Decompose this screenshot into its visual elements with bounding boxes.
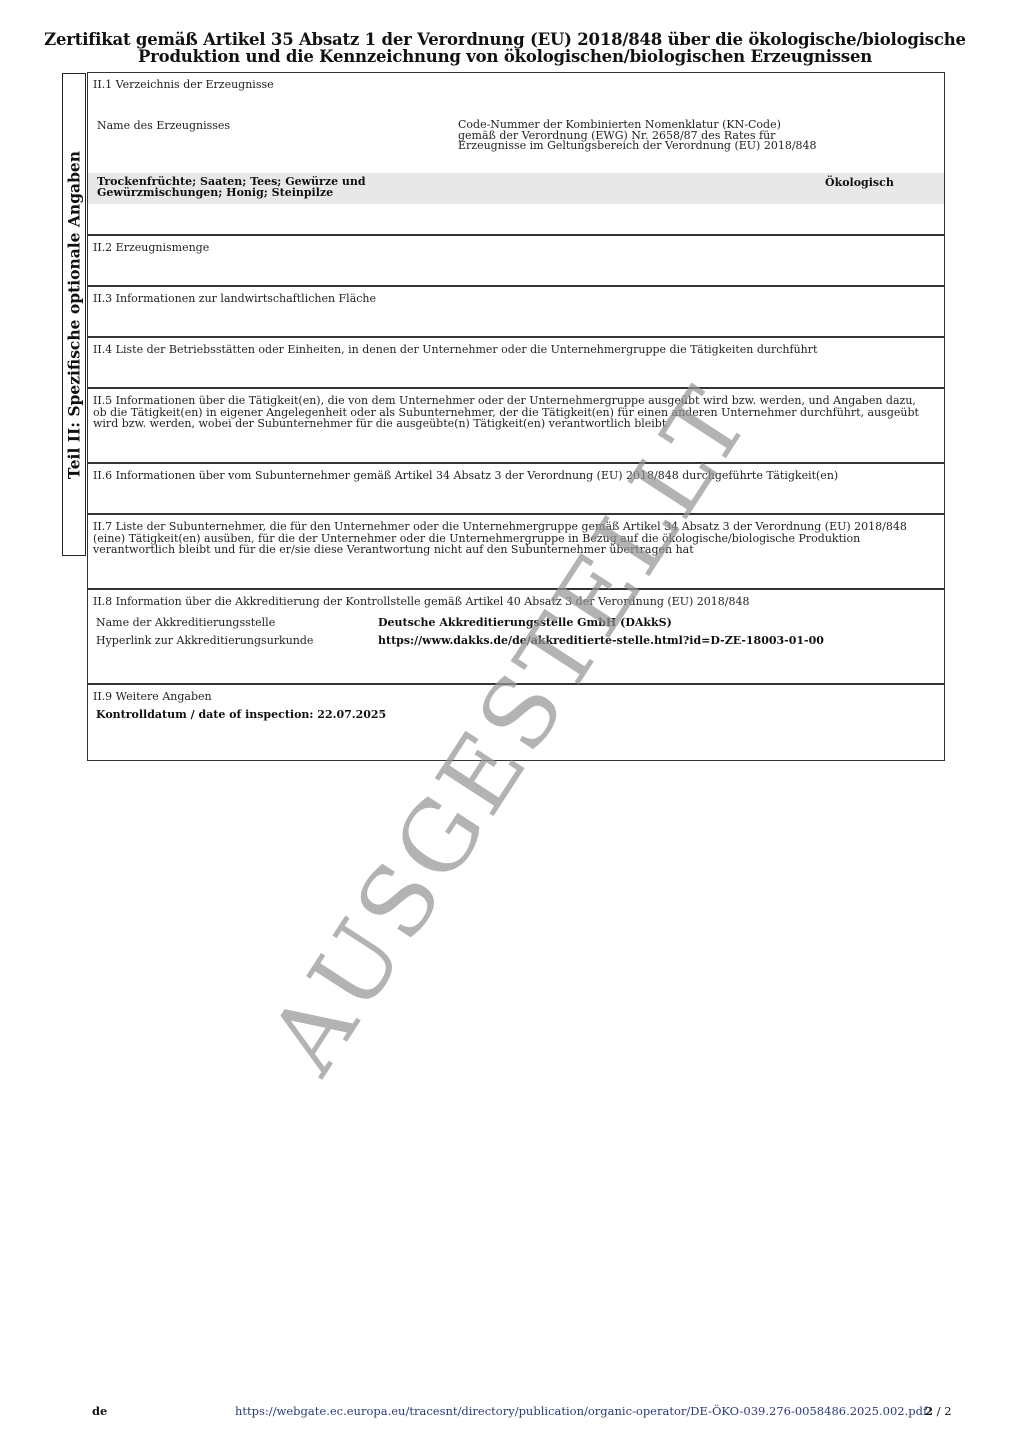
footer-page-number: 2 / 2 (925, 1404, 952, 1418)
section-agricultural-area: II.3 Informationen zur landwirtschaftlic… (88, 287, 944, 338)
section-premises-list: II.4 Liste der Betriebsstätten oder Einh… (88, 338, 944, 389)
accreditation-link-row: Hyperlink zur Akkreditierungsurkundehttp… (96, 635, 824, 647)
footer-document-url[interactable]: https://webgate.ec.europa.eu/tracesnt/di… (235, 1404, 927, 1418)
product-name: Trockenfrüchte; Saaten; Tees; Gewürze un… (97, 177, 366, 198)
section-subcontractor-list: II.7 Liste der Subunternehmer, die für d… (88, 515, 944, 590)
section-heading: II.1 Verzeichnis der Erzeugnisse (88, 73, 944, 91)
section-product-quantity: II.2 Erzeugnismenge (88, 236, 944, 287)
accreditation-link-label: Hyperlink zur Akkreditierungsurkunde (96, 635, 378, 647)
part-side-label: Teil II: Spezifische optionale Angaben (62, 73, 86, 556)
section-activities: II.5 Informationen über die Tätigkeit(en… (88, 389, 944, 464)
accreditation-body-row: Name der AkkreditierungsstelleDeutsche A… (96, 617, 672, 629)
footer-language: de (92, 1404, 107, 1418)
title-line-2: Produktion und die Kennzeichnung von öko… (40, 48, 970, 65)
section-heading: II.3 Informationen zur landwirtschaftlic… (88, 287, 944, 305)
section-heading: II.8 Information über die Akkreditierung… (88, 590, 944, 608)
section-heading: II.4 Liste der Betriebsstätten oder Einh… (88, 338, 944, 356)
section-heading: II.6 Informationen über vom Subunternehm… (88, 464, 944, 482)
title-line-1: Zertifikat gemäß Artikel 35 Absatz 1 der… (40, 31, 970, 48)
column-header-kn-code: Code-Nummer der Kombinierten Nomenklatur… (458, 120, 878, 152)
certificate-grid: II.1 Verzeichnis der Erzeugnisse Name de… (87, 72, 945, 761)
inspection-date: Kontrolldatum / date of inspection: 22.0… (88, 703, 944, 721)
section-accreditation: II.8 Information über die Akkreditierung… (88, 590, 944, 685)
section-heading: II.2 Erzeugnismenge (88, 236, 944, 254)
section-heading: II.9 Weitere Angaben (88, 685, 944, 703)
section-heading: II.7 Liste der Subunternehmer, die für d… (88, 515, 944, 556)
section-heading: II.5 Informationen über die Tätigkeit(en… (88, 389, 944, 430)
accreditation-link-value[interactable]: https://www.dakks.de/de/akkreditierte-st… (378, 634, 824, 647)
product-row: Trockenfrüchte; Saaten; Tees; Gewürze un… (88, 173, 944, 204)
section-further-info: II.9 Weitere Angaben Kontrolldatum / dat… (88, 685, 944, 761)
section-subcontractor-activities: II.6 Informationen über vom Subunternehm… (88, 464, 944, 515)
side-label-text: Teil II: Spezifische optionale Angaben (65, 150, 84, 478)
accreditation-body-value: Deutsche Akkreditierungsstelle GmbH (DAk… (378, 616, 672, 629)
product-production-type: Ökologisch (825, 177, 894, 189)
accreditation-body-label: Name der Akkreditierungsstelle (96, 617, 378, 629)
column-header-product-name: Name des Erzeugnisses (97, 120, 230, 132)
document-title: Zertifikat gemäß Artikel 35 Absatz 1 der… (40, 31, 970, 65)
section-products: II.1 Verzeichnis der Erzeugnisse Name de… (88, 73, 944, 236)
